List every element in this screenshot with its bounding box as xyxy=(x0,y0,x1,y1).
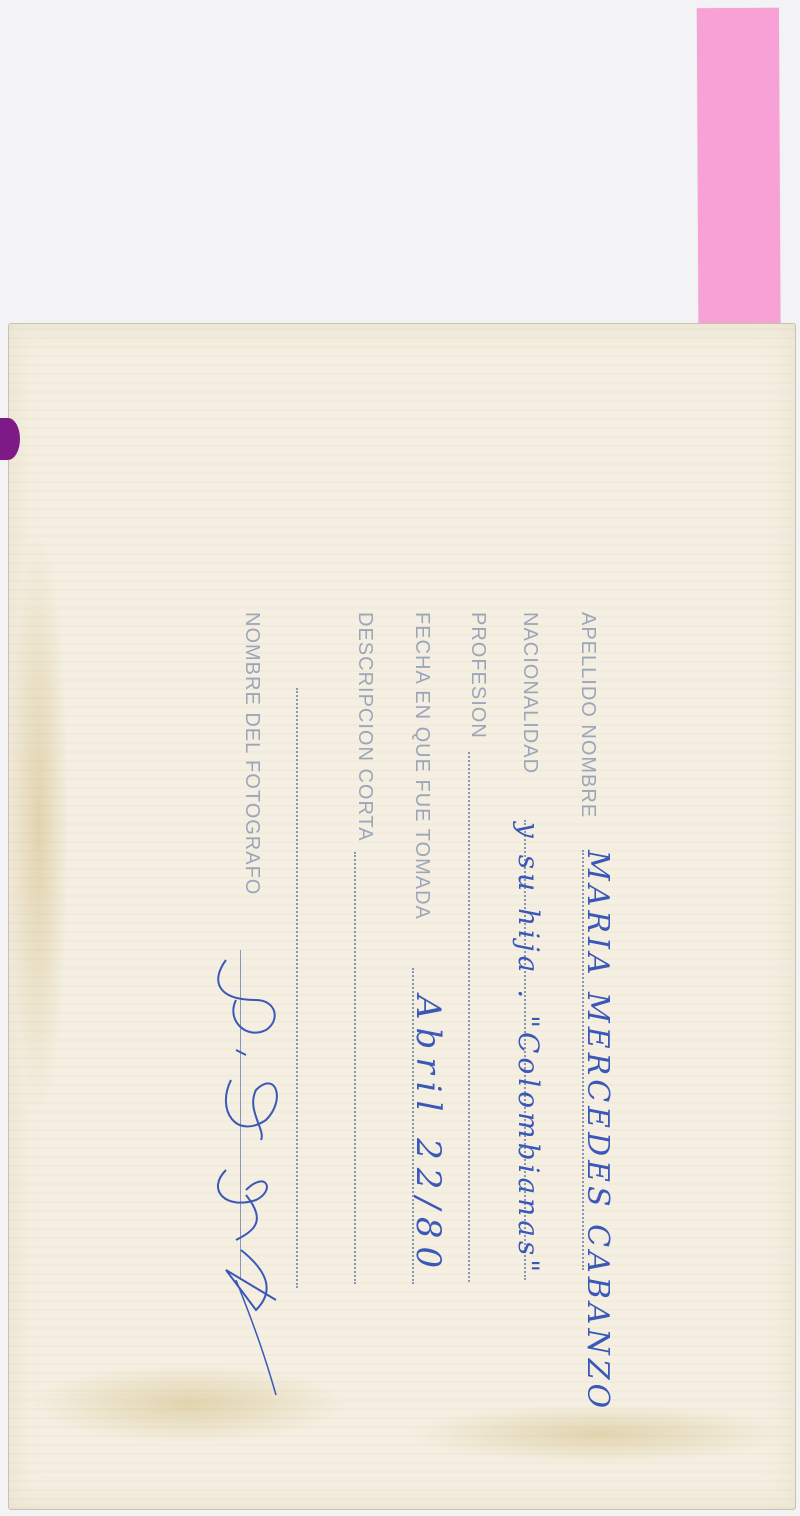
label-nacionalidad: NACIONALIDAD xyxy=(518,612,541,774)
label-descripcion-corta: DESCRIPCION CORTA xyxy=(353,612,376,842)
field-line-profesion xyxy=(468,752,470,1282)
label-profesion: PROFESION xyxy=(466,612,489,739)
value-apellido-nombre: MARIA MERCEDES CABANZO xyxy=(580,850,615,1412)
label-fecha: FECHA EN QUE FUE TOMADA xyxy=(410,612,433,920)
photo-card-back xyxy=(8,323,796,1510)
photographer-signature xyxy=(206,940,316,1400)
value-nacionalidad: y su hija . "Colombianas" xyxy=(512,822,545,1276)
label-nombre-fotografo: NOMBRE DEL FOTOGRAFO xyxy=(240,612,263,895)
age-stain xyxy=(9,524,69,1124)
value-fecha: Abril 22/80 xyxy=(408,995,448,1276)
age-stain xyxy=(409,1404,789,1464)
field-line-descripcion xyxy=(354,852,356,1284)
label-apellido-nombre: APELLIDO NOMBRE xyxy=(576,612,599,818)
